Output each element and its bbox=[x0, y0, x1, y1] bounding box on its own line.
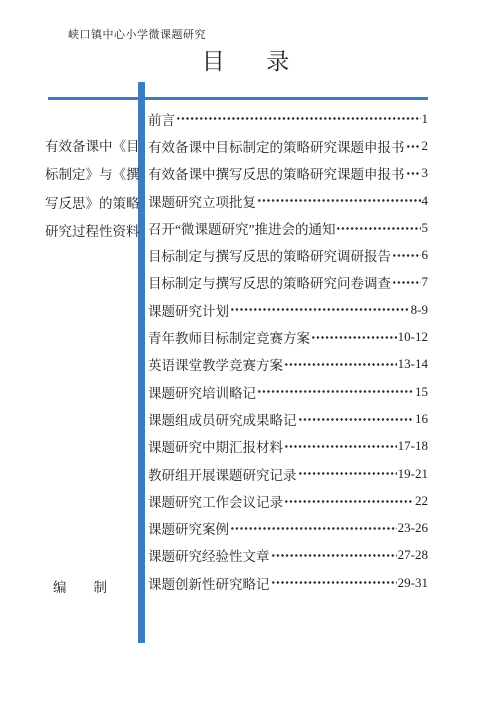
toc-entry-page-number: 2 bbox=[422, 138, 429, 154]
toc-entry: 课题组成员研究成果略记16 bbox=[148, 405, 428, 432]
toc-entry-title: 课题研究计划 bbox=[148, 300, 229, 320]
toc-entry: 教研组开展课题研究记录19-21 bbox=[148, 460, 428, 487]
sidebar-title-line: 有效备课中《目 bbox=[45, 133, 141, 161]
toc-entry: 目标制定与撰写反思的策略研究问卷调查7 bbox=[148, 269, 428, 296]
toc-entry: 前言1 bbox=[148, 105, 428, 132]
toc-entry: 课题研究工作会议记录22 bbox=[148, 487, 428, 514]
sidebar-title-line: 研究过程性资料 bbox=[45, 218, 141, 246]
toc-entry: 课题研究培训略记15 bbox=[148, 378, 428, 405]
toc-entry-page-number: 6 bbox=[422, 247, 429, 263]
toc-entry-page-number: 17-18 bbox=[398, 438, 428, 454]
toc-dot-leader bbox=[311, 323, 397, 350]
toc-entry-title: 有效备课中目标制定的策略研究课题申报书 bbox=[148, 136, 405, 156]
toc-dot-leader bbox=[257, 378, 414, 405]
toc-entry-title: 课题研究经验性文章 bbox=[148, 545, 270, 565]
horizontal-rule bbox=[48, 97, 428, 100]
toc-entry-title: 目标制定与撰写反思的策略研究问卷调查 bbox=[148, 272, 391, 292]
sidebar-research-title: 有效备课中《目标制定》与《撰写反思》的策略研究过程性资料 bbox=[45, 133, 141, 247]
toc-entry-title: 英语课堂教学竞赛方案 bbox=[148, 354, 283, 374]
toc-entry-title: 课题组成员研究成果略记 bbox=[148, 409, 297, 429]
toc-entry-page-number: 15 bbox=[415, 384, 428, 400]
toc-entry-page-number: 4 bbox=[422, 193, 429, 209]
toc-entry-page-number: 23-26 bbox=[398, 520, 428, 536]
toc-entry-title: 青年教师目标制定竞赛方案 bbox=[148, 327, 310, 347]
toc-entry-page-number: 7 bbox=[422, 274, 429, 290]
toc-dot-leader bbox=[271, 542, 397, 569]
toc-entry-page-number: 3 bbox=[422, 165, 429, 181]
toc-dot-leader bbox=[176, 105, 421, 132]
toc-entry-page-number: 8-9 bbox=[411, 302, 428, 318]
toc-dot-leader bbox=[284, 351, 397, 378]
toc-entry: 课题创新性研究略记29-31 bbox=[148, 569, 428, 596]
toc-entry-title: 前言 bbox=[148, 109, 175, 129]
toc-entry-page-number: 19-21 bbox=[398, 466, 428, 482]
document-page: 峡口镇中心小学微课题研究 目 录 有效备课中《目标制定》与《撰写反思》的策略研究… bbox=[0, 0, 500, 707]
toc-dot-leader bbox=[298, 405, 415, 432]
toc-entry-page-number: 22 bbox=[415, 493, 428, 509]
toc-entry-title: 教研组开展课题研究记录 bbox=[148, 464, 297, 484]
toc-entry-page-number: 27-28 bbox=[398, 547, 428, 563]
toc-dot-leader bbox=[406, 160, 421, 187]
toc-dot-leader bbox=[336, 214, 420, 241]
toc-entry: 课题研究经验性文章27-28 bbox=[148, 542, 428, 569]
toc-entry-title: 有效备课中撰写反思的策略研究课题申报书 bbox=[148, 163, 405, 183]
toc-dot-leader bbox=[298, 460, 397, 487]
page-title: 目 录 bbox=[0, 43, 492, 76]
toc-entry: 召开“微课题研究”推进会的通知5 bbox=[148, 214, 428, 241]
toc-entry-title: 课题研究培训略记 bbox=[148, 382, 256, 402]
toc-entry-page-number: 5 bbox=[422, 220, 429, 236]
toc-entry: 有效备课中撰写反思的策略研究课题申报书3 bbox=[148, 160, 428, 187]
toc-entry: 目标制定与撰写反思的策略研究调研报告6 bbox=[148, 241, 428, 268]
toc-entry-title: 课题研究立项批复 bbox=[148, 191, 256, 211]
toc-entry: 英语课堂教学竞赛方案13-14 bbox=[148, 351, 428, 378]
toc-entry-title: 课题创新性研究略记 bbox=[148, 573, 270, 593]
toc-list: 前言1有效备课中目标制定的策略研究课题申报书2有效备课中撰写反思的策略研究课题申… bbox=[148, 105, 428, 596]
toc-dot-leader bbox=[392, 241, 421, 268]
toc-entry-title: 课题研究工作会议记录 bbox=[148, 491, 283, 511]
toc-entry-title: 目标制定与撰写反思的策略研究调研报告 bbox=[148, 245, 391, 265]
toc-entry-page-number: 13-14 bbox=[398, 356, 428, 372]
toc-entry: 有效备课中目标制定的策略研究课题申报书2 bbox=[148, 132, 428, 159]
toc-entry: 青年教师目标制定竞赛方案10-12 bbox=[148, 323, 428, 350]
toc-dot-leader bbox=[271, 569, 397, 596]
toc-entry: 课题研究立项批复4 bbox=[148, 187, 428, 214]
toc-dot-leader bbox=[230, 514, 397, 541]
toc-entry-page-number: 10-12 bbox=[398, 329, 428, 345]
toc-entry-page-number: 1 bbox=[422, 111, 429, 127]
sidebar-title-line: 标制定》与《撰 bbox=[45, 161, 141, 189]
toc-entry-title: 课题研究案例 bbox=[148, 518, 229, 538]
toc-dot-leader bbox=[230, 296, 410, 323]
toc-entry-page-number: 29-31 bbox=[398, 575, 428, 591]
toc-entry: 课题研究计划8-9 bbox=[148, 296, 428, 323]
toc-dot-leader bbox=[257, 187, 421, 214]
toc-entry-title: 召开“微课题研究”推进会的通知 bbox=[148, 218, 335, 238]
toc-entry: 课题研究案例23-26 bbox=[148, 514, 428, 541]
toc-entry-title: 课题研究中期汇报材料 bbox=[148, 436, 283, 456]
toc-dot-leader bbox=[392, 269, 421, 296]
sidebar-title-line: 写反思》的策略 bbox=[45, 190, 141, 218]
toc-entry-page-number: 16 bbox=[415, 411, 428, 427]
toc-dot-leader bbox=[406, 132, 421, 159]
document-header-text: 峡口镇中心小学微课题研究 bbox=[68, 26, 206, 42]
footer-label: 编 制 bbox=[53, 576, 107, 596]
toc-dot-leader bbox=[284, 487, 414, 514]
toc-entry: 课题研究中期汇报材料17-18 bbox=[148, 433, 428, 460]
toc-dot-leader bbox=[284, 433, 397, 460]
